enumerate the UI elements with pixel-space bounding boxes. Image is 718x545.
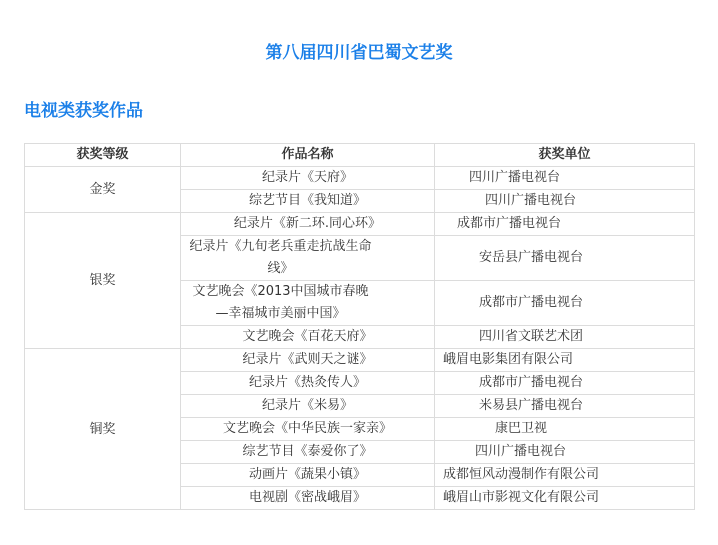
award-unit-cell: 成都市广播电视台 xyxy=(435,281,695,326)
award-level-cell: 银奖 xyxy=(25,213,181,349)
award-unit-cell: 成都市广播电视台 xyxy=(435,372,695,395)
award-unit-cell: 安岳县广播电视台 xyxy=(435,236,695,281)
header-award-level: 获奖等级 xyxy=(25,144,181,167)
work-name-cell: 纪录片《天府》 xyxy=(181,167,435,190)
table-row: 银奖 纪录片《新二环.同心环》 成都市广播电视台 xyxy=(25,213,695,236)
award-unit-cell: 米易县广播电视台 xyxy=(435,395,695,418)
table-row: 铜奖 纪录片《武则天之谜》 峨眉电影集团有限公司 xyxy=(25,349,695,372)
award-unit-cell: 四川广播电视台 xyxy=(435,167,695,190)
award-unit-cell: 峨眉山市影视文化有限公司 xyxy=(435,487,695,510)
work-name-cell: 纪录片《热灸传人》 xyxy=(181,372,435,395)
work-name-cell: 综艺节目《泰爱你了》 xyxy=(181,441,435,464)
work-name-cell: 纪录片《新二环.同心环》 xyxy=(181,213,435,236)
work-name-cell: 综艺节目《我知道》 xyxy=(181,190,435,213)
header-work-name: 作品名称 xyxy=(181,144,435,167)
page: 第八届四川省巴蜀文艺奖 电视类获奖作品 获奖等级 作品名称 获奖单位 金奖 纪录… xyxy=(0,0,718,545)
table-row: 金奖 纪录片《天府》 四川广播电视台 xyxy=(25,167,695,190)
award-unit-cell: 峨眉电影集团有限公司 xyxy=(435,349,695,372)
work-name-cell: 纪录片《武则天之谜》 xyxy=(181,349,435,372)
award-level-cell: 铜奖 xyxy=(25,349,181,510)
awards-table: 获奖等级 作品名称 获奖单位 金奖 纪录片《天府》 四川广播电视台 综艺节目《我… xyxy=(24,143,695,510)
work-name-cell: 动画片《蔬果小镇》 xyxy=(181,464,435,487)
work-name-cell: 文艺晚会《百花天府》 xyxy=(181,326,435,349)
award-unit-cell: 康巴卫视 xyxy=(435,418,695,441)
award-unit-cell: 四川广播电视台 xyxy=(435,190,695,213)
header-award-unit: 获奖单位 xyxy=(435,144,695,167)
work-name-cell: 文艺晚会《2013中国城市春晚—幸福城市美丽中国》 xyxy=(181,281,435,326)
award-unit-cell: 四川省文联艺术团 xyxy=(435,326,695,349)
award-unit-cell: 成都恒风动漫制作有限公司 xyxy=(435,464,695,487)
award-unit-cell: 成都市广播电视台 xyxy=(435,213,695,236)
page-title: 第八届四川省巴蜀文艺奖 xyxy=(0,38,718,63)
table-header-row: 获奖等级 作品名称 获奖单位 xyxy=(25,144,695,167)
work-name-cell: 纪录片《米易》 xyxy=(181,395,435,418)
work-name-cell: 纪录片《九旬老兵重走抗战生命线》 xyxy=(181,236,435,281)
work-name-cell: 电视剧《密战峨眉》 xyxy=(181,487,435,510)
award-unit-cell: 四川广播电视台 xyxy=(435,441,695,464)
award-level-cell: 金奖 xyxy=(25,167,181,213)
work-name-cell: 文艺晚会《中华民族一家亲》 xyxy=(181,418,435,441)
section-title: 电视类获奖作品 xyxy=(24,96,143,121)
